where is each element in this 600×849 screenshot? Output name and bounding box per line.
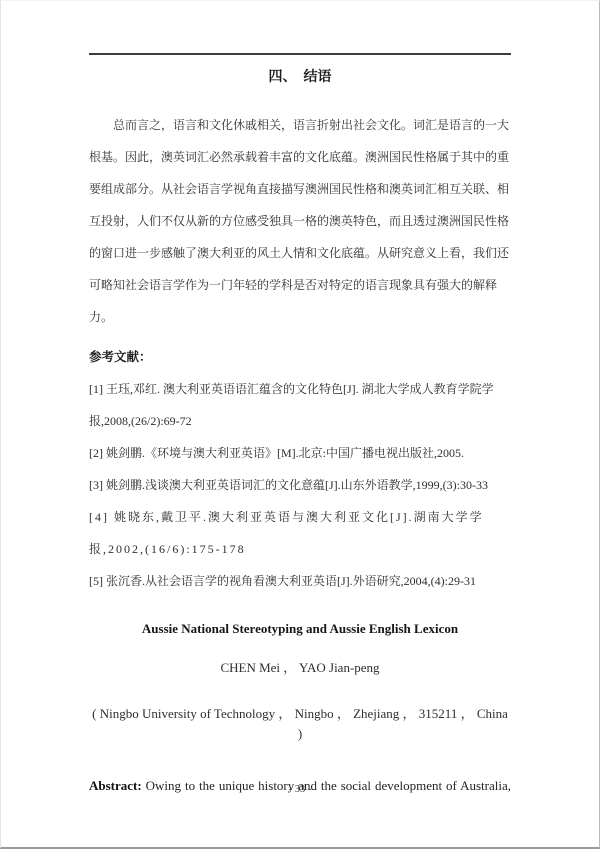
reference-item: [1] 王珏,邓红. 澳大利亚英语语汇蕴含的文化特色[J]. 湖北大学成人教育学… (89, 373, 511, 437)
affiliation-line: ( Ningbo University of Technology ， Ning… (89, 704, 511, 744)
conclusion-paragraph: 总而言之，语言和文化休戚相关，语言折射出社会文化。词汇是语言的一大 根基。因此，… (89, 109, 511, 333)
authors-line: CHEN Mei ， YAO Jian-peng (89, 658, 511, 678)
references-heading: 参考文献： (89, 341, 511, 373)
header-rule (89, 53, 511, 55)
reference-item: [2] 姚剑鹏.《环境与澳大利亚英语》[M].北京:中国广播电视出版社,2005… (89, 437, 511, 469)
references-list: [1] 王珏,邓红. 澳大利亚英语语汇蕴含的文化特色[J]. 湖北大学成人教育学… (89, 373, 511, 597)
document-page: 四、 结语 总而言之，语言和文化休戚相关，语言折射出社会文化。词汇是语言的一大 … (0, 0, 600, 849)
reference-item: [4] 姚晓东,戴卫平.澳大利亚英语与澳大利亚文化[J].湖南大学学 报,200… (89, 501, 511, 565)
reference-item: [3] 姚剑鹏.浅谈澳大利亚英语词汇的文化意蕴[J].山东外语教学,1999,(… (89, 469, 511, 501)
page-number: - 33 - (1, 784, 599, 795)
section-heading: 四、 结语 (89, 68, 511, 88)
reference-item: [5] 张沉香.从社会语言学的视角看澳大利亚英语[J].外语研究,2004,(4… (89, 565, 511, 597)
english-article-title: Aussie National Stereotyping and Aussie … (89, 619, 511, 639)
